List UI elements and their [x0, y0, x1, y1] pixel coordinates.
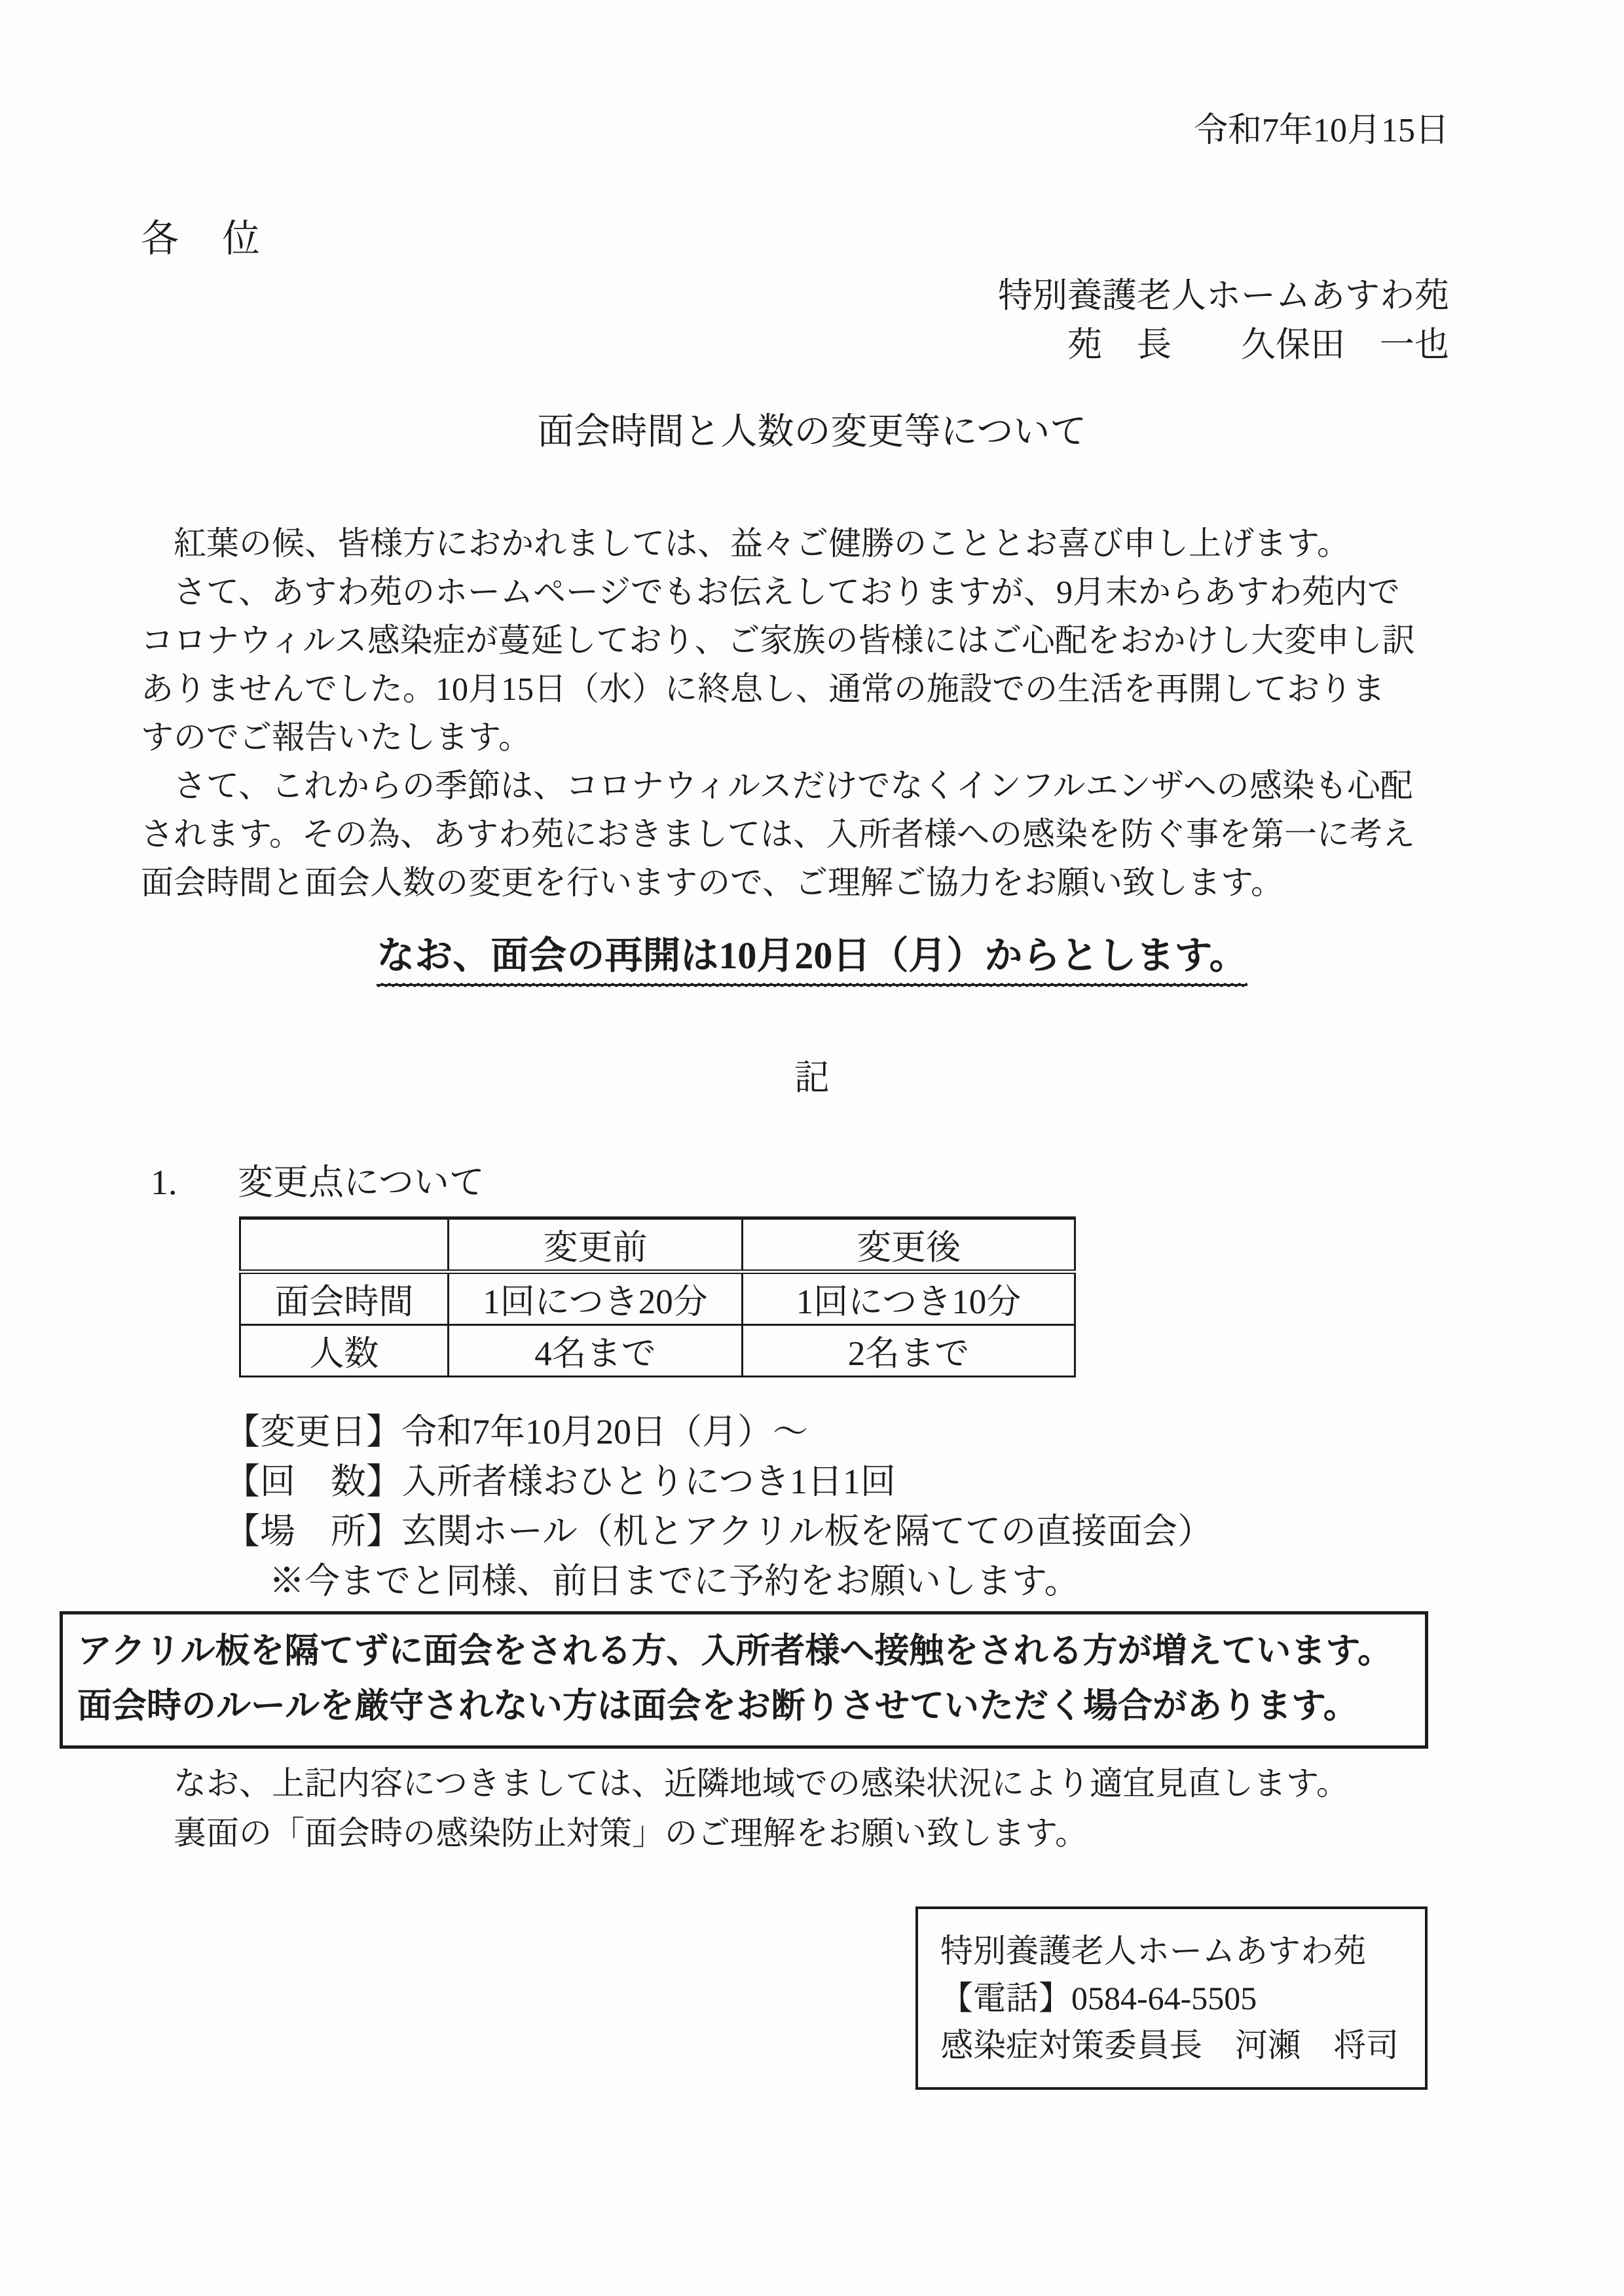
row-label: 人数 — [240, 1325, 449, 1377]
detail-value: 玄関ホール（机とアクリル板を隔てての直接面会） — [401, 1512, 1213, 1551]
detail-value: 入所者様おひとりにつき1日1回 — [401, 1462, 896, 1501]
closing-line: なお、上記内容につきましては、近隣地域での感染状況により適宜見直します。 — [174, 1758, 1483, 1808]
closing-line: 裏面の「面会時の感染防止対策」のご理解をお願い致します。 — [174, 1808, 1483, 1858]
contact-officer: 感染症対策委員長 河瀬 将司 — [940, 2022, 1425, 2069]
detail-row: 【回 数】入所者様おひとりにつき1日1回 — [225, 1457, 1483, 1506]
body-line: 面会時間と面会人数の変更を行いますので、ご理解ご協力をお願い致します。 — [141, 858, 1483, 907]
sender-block: 特別養護老人ホームあすわ苑 苑 長 久保田 一也 — [141, 272, 1449, 370]
contact-phone-line: 【電話】0584-64-5505 — [940, 1975, 1425, 2022]
value-after: 1回につき10分 — [743, 1272, 1075, 1325]
warning-box: アクリル板を隔てずに面会をされる方、入所者様へ接触をされる方が増えています。 面… — [60, 1611, 1428, 1749]
reopen-notice: なお、面会の再開は10月20日（月）からとします。 — [141, 930, 1483, 986]
detail-row: 【場 所】玄関ホール（机とアクリル板を隔てての直接面会） — [225, 1506, 1483, 1556]
value-before: 4名まで — [449, 1325, 743, 1377]
sender-org: 特別養護老人ホームあすわ苑 — [141, 272, 1449, 321]
warning-line: アクリル板を隔てずに面会をされる方、入所者様へ接触をされる方が増えています。 — [77, 1624, 1411, 1679]
value-after: 2名まで — [743, 1325, 1075, 1377]
detail-label: 【回 数】 — [225, 1462, 401, 1501]
table-row: 人数 4名まで 2名まで — [240, 1325, 1075, 1377]
change-table: 変更前 変更後 面会時間 1回につき20分 1回につき10分 人数 4名まで 2… — [239, 1216, 1076, 1377]
section1-heading: 1.変更点について — [141, 1163, 1483, 1202]
reopen-underline: なお、面会の再開は10月20日（月）からとします。 — [377, 930, 1247, 986]
table-header-before: 変更前 — [449, 1218, 743, 1272]
body-line: さて、これからの季節は、コロナウィルスだけでなくインフルエンザへの感染も心配 — [141, 761, 1483, 810]
scanned-letter-page: 令和7年10月15日 各 位 特別養護老人ホームあすわ苑 苑 長 久保田 一也 … — [0, 0, 1624, 2296]
reopen-notice-text: なお、面会の再開は10月20日（月）からとします。 — [377, 934, 1247, 977]
detail-label: 【変更日】 — [225, 1412, 401, 1451]
contact-box: 特別養護老人ホームあすわ苑 【電話】0584-64-5505 感染症対策委員長 … — [915, 1906, 1428, 2090]
ki-marker: 記 — [141, 1058, 1483, 1097]
section1-title: 変更点について — [238, 1163, 485, 1202]
sender-role-name: 苑 長 久保田 一也 — [141, 321, 1449, 370]
document-title: 面会時間と人数の変更等について — [141, 412, 1483, 452]
table-header-row: 変更前 変更後 — [240, 1218, 1075, 1272]
value-before: 1回につき20分 — [449, 1272, 743, 1325]
document-date: 令和7年10月15日 — [141, 111, 1449, 151]
body-line: すのでご報告いたします。 — [141, 713, 1483, 761]
contact-phone-number: 0584-64-5505 — [1071, 1980, 1257, 2016]
body-line: 紅葉の候、皆様方におかれましては、益々ご健勝のこととお喜び申し上げます。 — [141, 519, 1483, 568]
body-line: ありませんでした。10月15日（水）に終息し、通常の施設での生活を再開しておりま — [141, 665, 1483, 713]
warning-line: 面会時のルールを厳守されない方は面会をお断りさせていただく場合があります。 — [77, 1679, 1411, 1734]
detail-label: 【場 所】 — [225, 1512, 401, 1551]
body-line: されます。その為、あすわ苑におきましては、入所者様への感染を防ぐ事を第一に考え — [141, 810, 1483, 858]
table-row: 面会時間 1回につき20分 1回につき10分 — [240, 1272, 1075, 1325]
detail-row: 【変更日】令和7年10月20日（月）～ — [225, 1407, 1483, 1457]
contact-org: 特別養護老人ホームあすわ苑 — [940, 1927, 1425, 1975]
closing-text: なお、上記内容につきましては、近隣地域での感染状況により適宜見直します。 裏面の… — [141, 1758, 1483, 1858]
contact-phone-label: 【電話】 — [940, 1980, 1071, 2016]
detail-list: 【変更日】令和7年10月20日（月）～ 【回 数】入所者様おひとりにつき1日1回… — [225, 1407, 1483, 1606]
body-text: 紅葉の候、皆様方におかれましては、益々ご健勝のこととお喜び申し上げます。 さて、… — [141, 519, 1483, 907]
section1-number: 1. — [141, 1163, 238, 1202]
body-line: コロナウィルス感染症が蔓延しており、ご家族の皆様にはご心配をおかけし大変申し訳 — [141, 616, 1483, 665]
row-label: 面会時間 — [240, 1272, 449, 1325]
reservation-note: ※今までと同様、前日までに予約をお願いします。 — [269, 1556, 1483, 1606]
table-header-empty — [240, 1218, 449, 1272]
body-line: さて、あすわ苑のホームページでもお伝えしておりますが、9月末からあすわ苑内で — [141, 568, 1483, 616]
table-header-after: 変更後 — [743, 1218, 1075, 1272]
recipient-line: 各 位 — [141, 219, 1483, 259]
detail-value: 令和7年10月20日（月）～ — [401, 1412, 808, 1451]
